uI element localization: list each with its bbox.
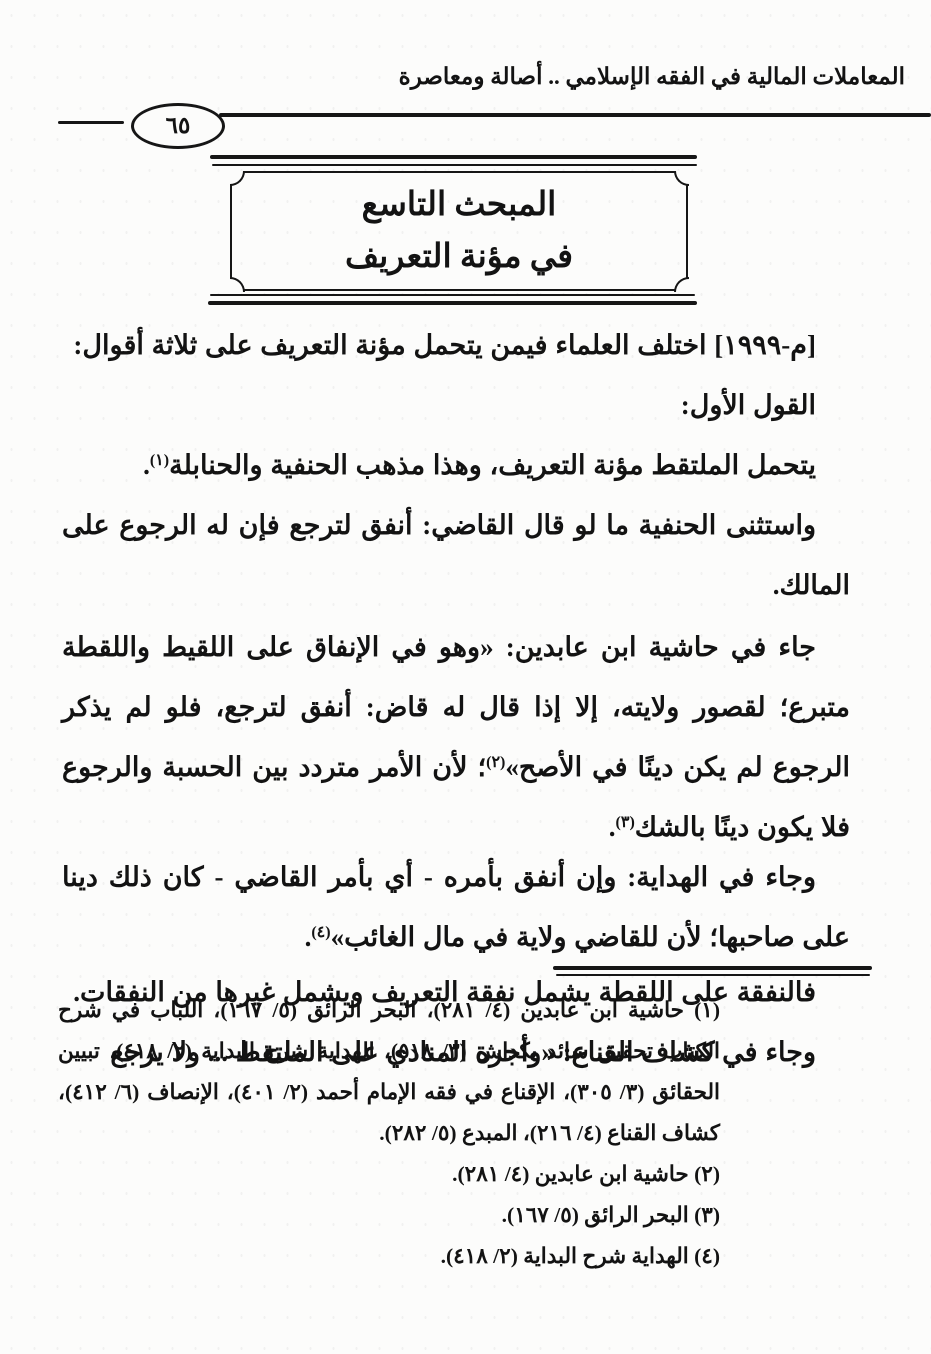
footnote-1: (١) حاشية ابن عابدين (٤/ ٢٨١)، البحر الر…	[58, 990, 720, 1154]
paragraph-first-opinion-tail: .	[143, 450, 150, 480]
title-box-notch-top-right	[674, 171, 689, 186]
footnote-1-marker: (١)	[694, 998, 720, 1022]
title-box-notch-bottom-left	[230, 277, 245, 292]
paragraph-issue-1999: [م-١٩٩٩] اختلف العلماء فيمن يتحمل مؤنة ا…	[62, 315, 850, 375]
footnote-ref-4: (٤)	[311, 924, 330, 941]
title-frame-bottom-rule-thick	[208, 301, 697, 305]
footnote-separator-thick	[553, 966, 872, 970]
ibn-abidin-quote-tail: .	[609, 812, 616, 842]
running-head-title: المعاملات المالية في الفقه الإسلامي .. أ…	[399, 64, 905, 90]
paragraph-first-opinion-text: يتحمل الملتقط مؤنة التعريف، وهذا مذهب ال…	[169, 450, 816, 480]
page-number-badge: ٦٥	[131, 103, 225, 149]
title-box-notch-top-left	[230, 171, 245, 186]
title-frame-top-rule-thin	[212, 164, 697, 166]
footnote-2: (٢) حاشية ابن عابدين (٤/ ٢٨١).	[58, 1154, 720, 1195]
book-page: المعاملات المالية في الفقه الإسلامي .. أ…	[0, 0, 931, 1354]
footnote-4: (٤) الهداية شرح البداية (٢/ ٤١٨).	[58, 1236, 720, 1277]
footnote-3-marker: (٣)	[694, 1203, 720, 1227]
footnotes-block: (١) حاشية ابن عابدين (٤/ ٢٨١)، البحر الر…	[58, 985, 720, 1277]
paragraph-first-opinion: يتحمل الملتقط مؤنة التعريف، وهذا مذهب ال…	[62, 435, 850, 495]
paragraph-ibn-abidin-quote: جاء في حاشية ابن عابدين: «وهو في الإنفاق…	[62, 617, 850, 857]
footnote-2-marker: (٢)	[694, 1162, 720, 1186]
section-title-line1: المبحث التاسع	[362, 179, 557, 231]
paragraph-hanafi-exception: واستثنى الحنفية ما لو قال القاضي: أنفق ل…	[62, 495, 850, 615]
heading-first-opinion: القول الأول:	[62, 375, 850, 435]
footnote-ref-3: (٣)	[616, 814, 635, 831]
footnote-4-text: الهداية شرح البداية (٢/ ٤١٨).	[441, 1244, 689, 1268]
paragraph-hidaya-quote: وجاء في الهداية: وإن أنفق بأمره - أي بأم…	[62, 847, 850, 967]
footnote-separator-thin	[556, 974, 870, 976]
section-title-box: المبحث التاسع في مؤنة التعريف	[230, 171, 688, 291]
header-rule-left-stub	[58, 121, 124, 124]
section-title-line2: في مؤنة التعريف	[345, 231, 573, 283]
hidaya-quote-text: وجاء في الهداية: وإن أنفق بأمره - أي بأم…	[62, 862, 850, 952]
footnote-1-text: حاشية ابن عابدين (٤/ ٢٨١)، البحر الرائق …	[58, 998, 720, 1145]
footnote-ref-1: (١)	[150, 452, 169, 469]
footnote-3: (٣) البحر الرائق (٥/ ١٦٧).	[58, 1195, 720, 1236]
footnote-2-text: حاشية ابن عابدين (٤/ ٢٨١).	[452, 1162, 689, 1186]
title-box-notch-bottom-right	[674, 277, 689, 292]
footnote-3-text: البحر الرائق (٥/ ١٦٧).	[502, 1203, 689, 1227]
page-number: ٦٥	[166, 113, 191, 139]
footnote-ref-2: (٢)	[486, 754, 505, 771]
footnote-4-marker: (٤)	[694, 1244, 720, 1268]
title-frame-top-rule-thick	[210, 155, 697, 159]
header-rule	[219, 113, 931, 117]
title-frame-bottom-rule-thin	[210, 294, 695, 296]
